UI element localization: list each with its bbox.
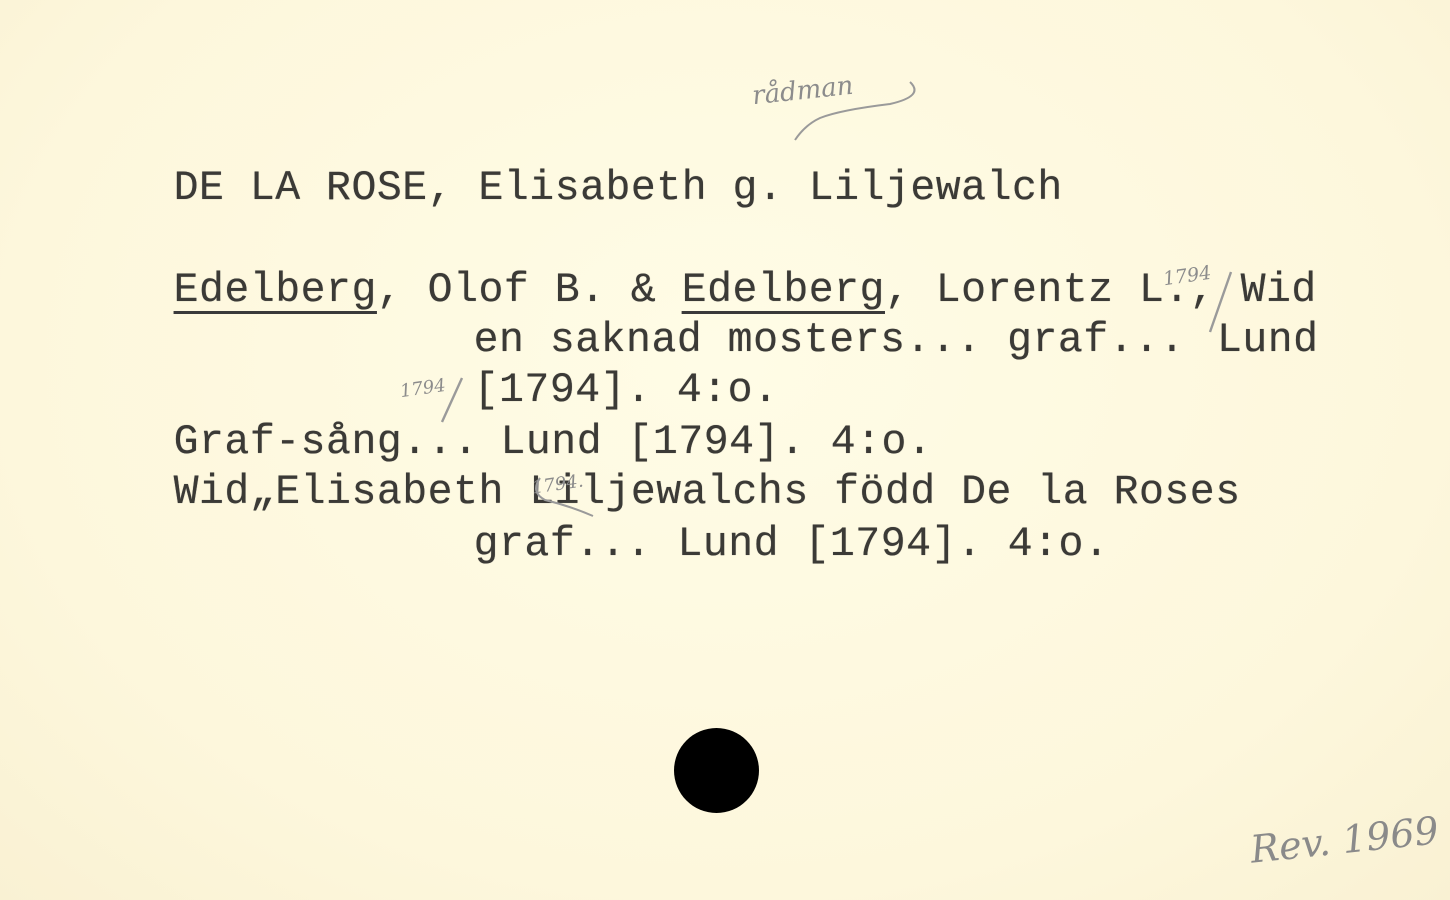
entry-3-title-cont: graf... [474,521,652,568]
entry-3-line-2: graf...Lund [1794]. 4:o. [372,482,1109,607]
heading-surname: DE LA ROSE [174,165,428,212]
entry-3-imprint: Lund [1794]. 4:o. [677,521,1109,568]
heading-married-name: Liljewalch [809,165,1063,212]
punch-hole [674,728,759,813]
entry-1-place: Lund [1217,317,1319,364]
catalog-card: DE LA ROSE, Elisabeth g. Liljewalch rådm… [0,0,1450,900]
revision-note: Rev. 1969 [1248,808,1441,872]
entry-1-author-1: Edelberg [174,267,377,314]
annotation-occupation: rådman [751,71,855,111]
heading-given-name: , Elisabeth g. [428,165,809,212]
